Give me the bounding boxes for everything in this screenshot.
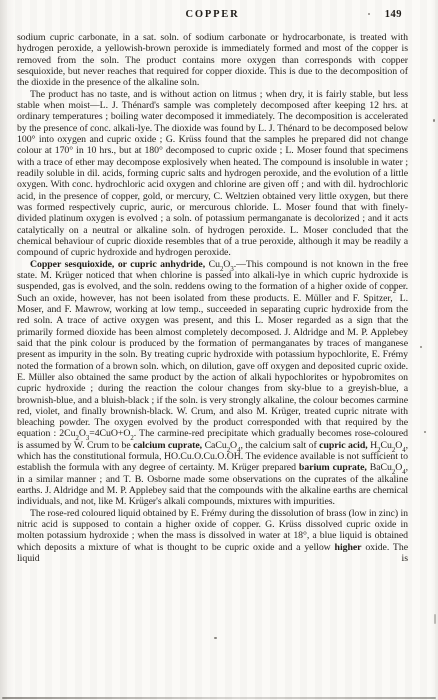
text-run: =4CuO+O: [89, 428, 130, 439]
text-run: barium cuprate,: [299, 462, 367, 473]
paragraph: The product has no taste, and is without…: [17, 89, 408, 259]
page-title: COPPER: [17, 9, 408, 20]
text-run: The product has no taste, and is without…: [17, 89, 408, 259]
page-number: 149: [385, 9, 402, 20]
scan-speck: [433, 119, 435, 122]
text-run: CaCu: [202, 440, 227, 451]
text-run: calcium cuprate,: [133, 440, 202, 451]
text-run: 2: [377, 447, 380, 454]
paragraph: Copper sesquioxide, or cupric anhydride,…: [17, 259, 408, 508]
paragraph: sodium cupric carbonate, in a sat. soln.…: [17, 32, 408, 89]
scan-speck: [420, 346, 422, 348]
text-run: Copper sesquioxide, or cupric anhydride,: [30, 259, 209, 270]
text-run: 4: [237, 447, 240, 454]
scan-speck: [214, 637, 217, 639]
text-run: sodium cupric carbonate, in a sat. soln.…: [17, 32, 408, 88]
book-page-scan: COPPER 149 sodium cupric carbonate, in a…: [0, 0, 438, 700]
text-run: 3: [230, 266, 233, 273]
text-run: 2: [392, 469, 395, 476]
text-run: 4: [402, 469, 405, 476]
text-run: 2: [75, 435, 78, 442]
text-run: 3: [86, 435, 89, 442]
text-run: L. Moser, and F. Mawrow, working at low …: [17, 293, 408, 440]
text-run: , the calcium salt of: [240, 440, 319, 451]
text-run: Cu: [381, 440, 392, 451]
text-run: H: [368, 440, 378, 451]
page-bottom-shadow: [2, 697, 436, 699]
footnote-ref: 2: [393, 288, 396, 295]
scan-speck: [368, 13, 370, 15]
text-run: higher: [335, 542, 362, 553]
text-run: 2: [220, 266, 223, 273]
running-head: COPPER 149: [17, 9, 408, 23]
text-column: sodium cupric carbonate, in a sat. soln.…: [17, 32, 408, 564]
text-run: 2: [130, 435, 133, 442]
text-run: BaCu: [367, 462, 392, 473]
scan-speck: [424, 431, 426, 433]
text-block: COPPER 149 sodium cupric carbonate, in a…: [17, 9, 408, 564]
scan-speck: [434, 614, 436, 624]
text-run: 4: [402, 447, 405, 454]
text-run: 2: [392, 447, 395, 454]
text-run: 2: [227, 447, 230, 454]
text-run: O: [79, 428, 86, 439]
paragraph: The rose-red coloured liquid obtained by…: [17, 508, 408, 565]
text-run: cupric acid,: [319, 440, 367, 451]
text-run: Cu: [209, 259, 220, 270]
